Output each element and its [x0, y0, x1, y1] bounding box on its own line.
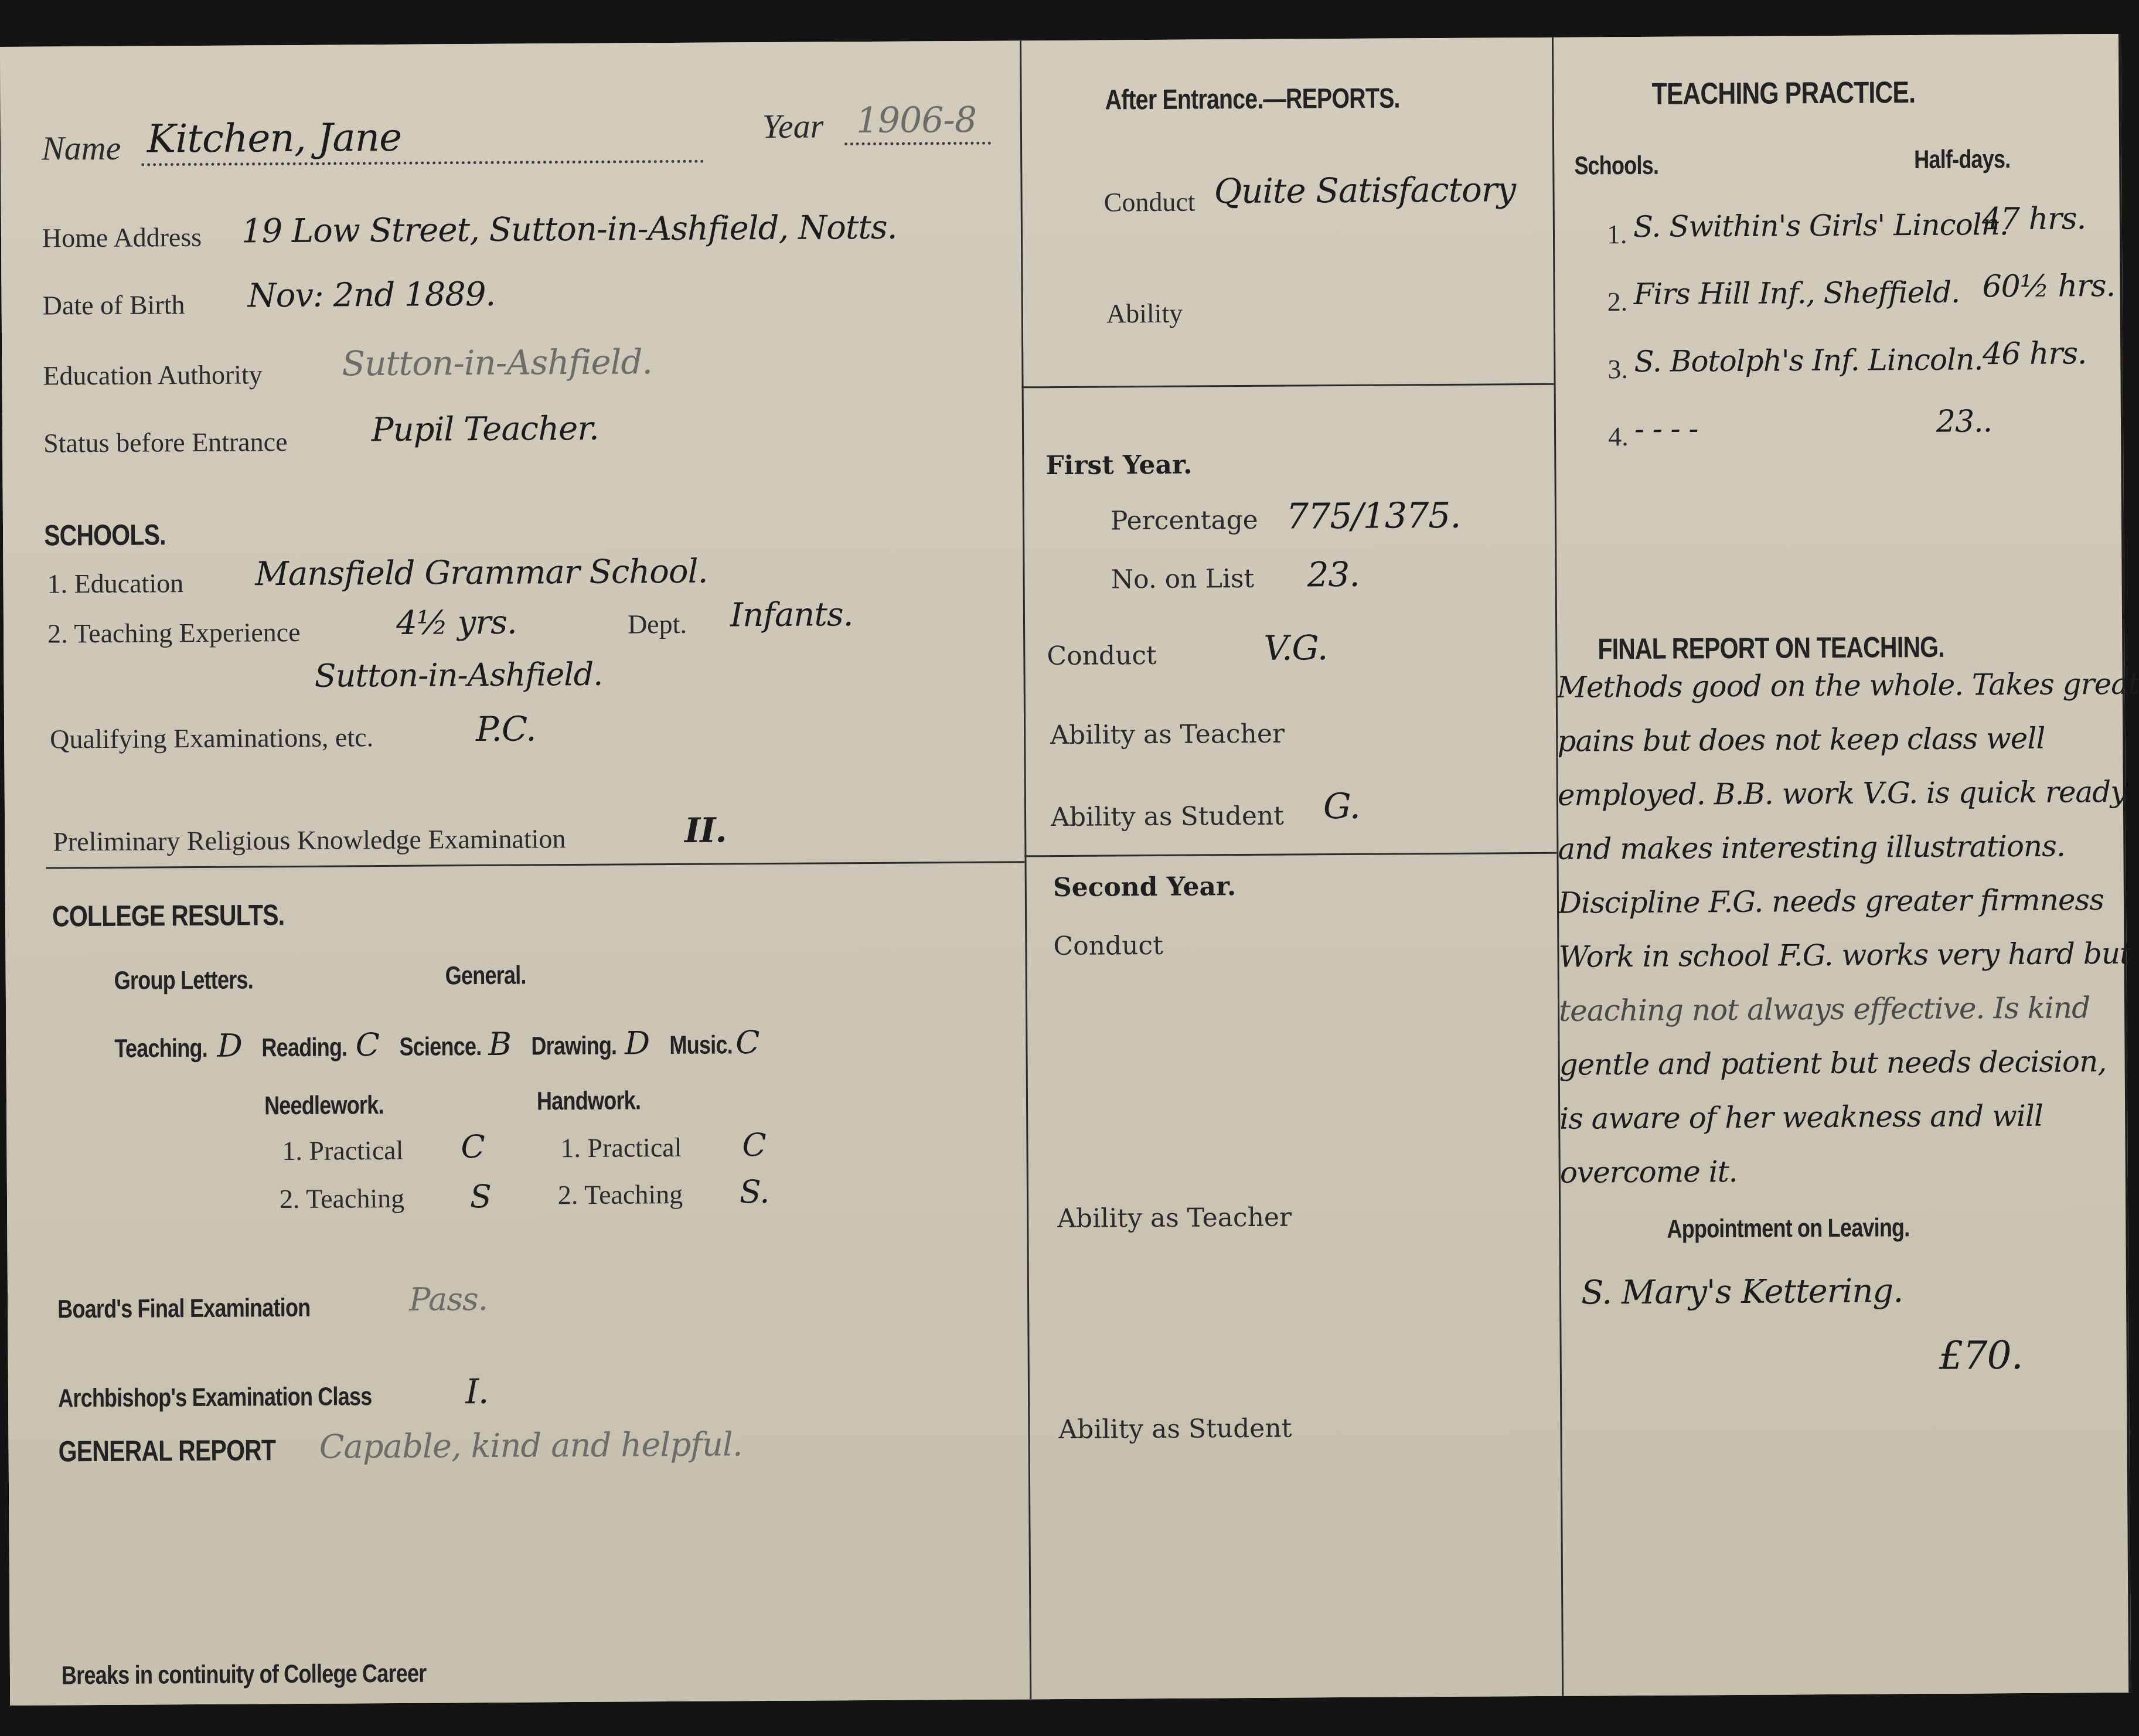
general-grades-row: Teaching.DReading.CScience.BDrawing.DMus…	[114, 1024, 759, 1065]
schools-heading: SCHOOLS.	[44, 518, 166, 552]
middle-divider-second-year	[1024, 852, 1556, 857]
name-value[interactable]: Kitchen, Jane	[147, 115, 402, 162]
appointment-heading: Appointment on Leaving.	[1667, 1213, 1909, 1244]
grade-label: Teaching.	[114, 1034, 207, 1064]
final-report-heading: FINAL REPORT ON TEACHING.	[1598, 630, 1944, 666]
education-authority-value[interactable]: Sutton-in-Ashfield.	[342, 342, 652, 383]
final-report-line[interactable]: Discipline F.G. needs greater firmness	[1558, 883, 2104, 920]
first-year-conduct-value[interactable]: V.G.	[1263, 628, 1327, 668]
needlework-heading: Needlework.	[264, 1091, 384, 1121]
practice-school[interactable]: - - - -	[1634, 411, 1698, 446]
religious-value[interactable]: II.	[684, 810, 727, 850]
general-report-label: GENERAL REPORT	[58, 1433, 275, 1468]
year-label: Year	[762, 106, 824, 146]
needlework-teaching-value[interactable]: S	[470, 1178, 491, 1215]
record-card: Name Kitchen, Jane Year 1906-8 Home Addr…	[0, 34, 2131, 1706]
practice-half-days[interactable]: 60½ hrs.	[1982, 268, 2115, 304]
college-results-heading: COLLEGE RESULTS.	[52, 898, 284, 933]
boards-final-value[interactable]: Pass.	[409, 1281, 488, 1318]
entrance-conduct-label: Conduct	[1103, 186, 1195, 218]
practice-row-number: 4.	[1608, 421, 1629, 452]
needlework-practical-value[interactable]: C	[461, 1128, 485, 1165]
teaching-practice-heading: TEACHING PRACTICE.	[1651, 75, 1915, 112]
grade-value[interactable]: B	[488, 1026, 511, 1063]
salary-value[interactable]: £70.	[1939, 1333, 2022, 1378]
first-year-ability-student-label: Ability as Student	[1051, 801, 1284, 832]
group-letters-label: Group Letters.	[114, 965, 253, 995]
final-report-line[interactable]: pains but does not keep class well	[1557, 721, 2045, 758]
general-report-value[interactable]: Capable, kind and helpful.	[319, 1425, 742, 1466]
education-label: 1. Education	[47, 567, 183, 599]
grade-label: Music.	[669, 1030, 733, 1060]
religious-label: Preliminary Religious Knowledge Examinat…	[53, 823, 566, 857]
practice-school[interactable]: S. Botolph's Inf. Lincoln.	[1634, 342, 1983, 379]
needlework-teaching-label: 2. Teaching	[280, 1183, 404, 1214]
final-report-line[interactable]: employed. B.B. work V.G. is quick ready	[1558, 775, 2127, 812]
grade-item: Reading.C	[262, 1026, 380, 1064]
appointment-value[interactable]: S. Mary's Kettering.	[1581, 1272, 1903, 1312]
status-label: Status before Entrance	[43, 426, 288, 459]
reports-heading: After Entrance.—REPORTS.	[1105, 82, 1399, 116]
year-dotted-line	[844, 142, 991, 146]
second-year-conduct-label: Conduct	[1053, 931, 1163, 961]
first-year-conduct-label: Conduct	[1047, 641, 1157, 671]
middle-divider-first-year	[1022, 383, 1554, 389]
second-year-heading: Second Year.	[1053, 872, 1237, 903]
home-address-label: Home Address	[42, 222, 202, 254]
handwork-heading: Handwork.	[537, 1086, 641, 1116]
grade-item: Science.B	[399, 1026, 512, 1063]
practice-row-number: 2.	[1607, 286, 1628, 317]
final-report-line[interactable]: Work in school F.G. works very hard but	[1558, 937, 2131, 974]
practice-half-days[interactable]: 47 hrs.	[1982, 201, 2086, 237]
education-value[interactable]: Mansfield Grammar School.	[255, 553, 707, 594]
practice-school[interactable]: Firs Hill Inf., Sheffield.	[1633, 275, 1960, 311]
final-report-line[interactable]: Methods good on the whole. Takes great	[1557, 667, 2139, 704]
experience-place[interactable]: Sutton-in-Ashfield.	[314, 656, 602, 695]
experience-label: 2. Teaching Experience	[47, 617, 301, 649]
handwork-teaching-label: 2. Teaching	[558, 1179, 683, 1210]
handwork-practical-value[interactable]: C	[742, 1126, 766, 1163]
grade-value[interactable]: D	[217, 1027, 242, 1064]
practice-row-number: 1.	[1607, 219, 1627, 250]
entrance-conduct-value[interactable]: Quite Satisfactory	[1214, 169, 1515, 211]
final-report-line[interactable]: and makes interesting illustrations.	[1558, 829, 2065, 866]
final-report-line[interactable]: is aware of her weakness and will	[1559, 1099, 2043, 1136]
general-label: General.	[445, 961, 526, 991]
column-divider-left	[1020, 40, 1031, 1699]
status-value[interactable]: Pupil Teacher.	[372, 410, 599, 449]
second-year-ability-teacher-label: Ability as Teacher	[1057, 1203, 1292, 1234]
practice-half-days[interactable]: 46 hrs.	[1983, 336, 2087, 372]
dob-label: Date of Birth	[43, 289, 185, 321]
first-year-heading: First Year.	[1045, 450, 1192, 481]
practice-school[interactable]: S. Swithin's Girls' Lincoln.	[1633, 207, 2008, 244]
qualifying-label: Qualifying Examinations, etc.	[50, 721, 373, 754]
needlework-practical-label: 1. Practical	[282, 1135, 403, 1166]
dept-label: Dept.	[628, 608, 687, 640]
breaks-label: Breaks in continuity of College Career	[62, 1659, 427, 1691]
grade-label: Science.	[399, 1032, 481, 1062]
schools-column-label: Schools.	[1574, 151, 1658, 181]
second-year-ability-student-label: Ability as Student	[1058, 1414, 1292, 1445]
grade-value[interactable]: C	[355, 1026, 379, 1063]
grade-label: Reading.	[262, 1033, 348, 1063]
teaching-practice-list	[0, 34, 2118, 47]
percentage-label: Percentage	[1111, 505, 1258, 536]
practice-half-days[interactable]: 23..	[1936, 404, 1992, 440]
grade-label: Drawing.	[531, 1032, 617, 1061]
grade-value[interactable]: C	[735, 1024, 759, 1061]
left-section-divider	[46, 861, 1025, 869]
grade-item: Teaching.D	[114, 1027, 242, 1065]
grade-item: Drawing.D	[531, 1024, 649, 1062]
half-days-column-label: Half-days.	[1914, 145, 2011, 175]
final-report-text: Methods good on the whole. Takes greatpa…	[1557, 667, 2120, 670]
final-report-line[interactable]: overcome it.	[1560, 1155, 1738, 1190]
handwork-teaching-value[interactable]: S.	[740, 1173, 769, 1210]
name-label: Name	[42, 128, 121, 168]
experience-value[interactable]: 4½ yrs.	[396, 604, 517, 642]
qualifying-value[interactable]: P.C.	[476, 709, 536, 749]
home-address-value[interactable]: 19 Low Street, Sutton-in-Ashfield, Notts…	[241, 209, 897, 251]
first-year-ability-teacher-label: Ability as Teacher	[1050, 719, 1285, 750]
handwork-practical-label: 1. Practical	[560, 1132, 682, 1163]
first-year-ability-student-value[interactable]: G.	[1323, 786, 1360, 827]
no-on-list-value[interactable]: 23.	[1307, 554, 1360, 595]
no-on-list-label: No. on List	[1111, 564, 1254, 594]
final-report-line[interactable]: gentle and patient but needs decision,	[1559, 1044, 2106, 1082]
archbishop-label: Archbishop's Examination Class	[58, 1382, 372, 1413]
column-divider-right	[1552, 38, 1564, 1696]
boards-final-label: Board's Final Examination	[57, 1294, 310, 1325]
year-value[interactable]: 1906-8	[856, 100, 977, 141]
grade-item: Music.C	[669, 1024, 759, 1061]
grade-value[interactable]: D	[625, 1024, 650, 1061]
percentage-value[interactable]: 775/1375.	[1286, 495, 1461, 537]
practice-row-number: 3.	[1607, 353, 1628, 384]
dob-value[interactable]: Nov: 2nd 1889.	[247, 275, 495, 315]
entrance-ability-label: Ability	[1106, 298, 1183, 329]
education-authority-label: Education Authority	[43, 359, 263, 391]
final-report-line[interactable]: teaching not always effective. Is kind	[1559, 990, 2090, 1028]
archbishop-value[interactable]: I.	[465, 1371, 489, 1411]
dept-value[interactable]: Infants.	[730, 595, 853, 634]
